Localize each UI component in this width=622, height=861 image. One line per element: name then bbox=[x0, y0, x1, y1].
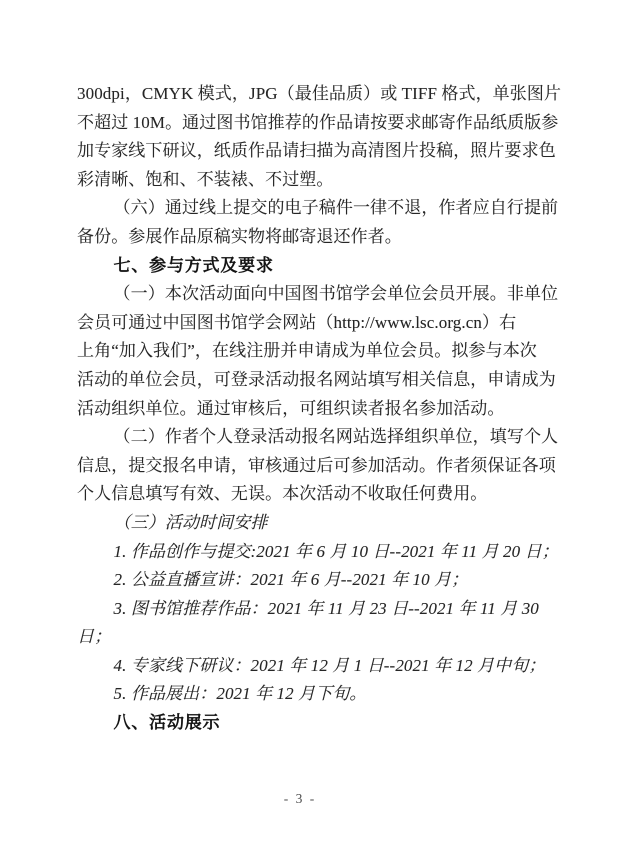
text-line: 活动的单位会员，可登录活动报名网站填写相关信息，申请成为 bbox=[77, 366, 549, 395]
text-line: 不超过 10M。通过图书馆推荐的作品请按要求邮寄作品纸质版参 bbox=[77, 109, 549, 138]
text-line: 备份。参展作品原稿实物将邮寄退还作者。 bbox=[77, 223, 549, 252]
paragraph-start-line: （二）作者个人登录活动报名网站选择组织单位，填写个人 bbox=[77, 423, 549, 452]
schedule-item-line: 5. 作品展出：2021 年 12 月下旬。 bbox=[77, 680, 549, 709]
text-line: 活动组织单位。通过审核后，可组织读者报名参加活动。 bbox=[77, 395, 549, 424]
page-number: - 3 - bbox=[0, 791, 600, 807]
schedule-item-line: 3. 图书馆推荐作品：2021 年 11 月 23 日--2021 年 11 月… bbox=[77, 595, 549, 624]
schedule-item-line: 2. 公益直播宣讲：2021 年 6 月--2021 年 10 月； bbox=[77, 566, 549, 595]
schedule-item-line: 4. 专家线下研议：2021 年 12 月 1 日--2021 年 12 月中旬… bbox=[77, 652, 549, 681]
document-body: 300dpi，CMYK 模式，JPG（最佳品质）或 TIFF 格式，单张图片 不… bbox=[77, 80, 549, 738]
section-heading-8: 八、活动展示 bbox=[77, 709, 549, 738]
document-page: 300dpi，CMYK 模式，JPG（最佳品质）或 TIFF 格式，单张图片 不… bbox=[0, 0, 622, 861]
paragraph-start-line: （一）本次活动面向中国图书馆学会单位会员开展。非单位 bbox=[77, 280, 549, 309]
subsection-heading-line: （三）活动时间安排 bbox=[77, 509, 549, 538]
text-line: 300dpi，CMYK 模式，JPG（最佳品质）或 TIFF 格式，单张图片 bbox=[77, 80, 549, 109]
paragraph-start-line: （六）通过线上提交的电子稿件一律不退，作者应自行提前 bbox=[77, 194, 549, 223]
section-heading-7: 七、参与方式及要求 bbox=[77, 252, 549, 281]
schedule-item-line: 日； bbox=[77, 623, 549, 652]
text-line: 加专家线下研议，纸质作品请扫描为高清图片投稿，照片要求色 bbox=[77, 137, 549, 166]
text-line: 上角“加入我们”，在线注册并申请成为单位会员。拟参与本次 bbox=[77, 337, 549, 366]
text-line: 彩清晰、饱和、不装裱、不过塑。 bbox=[77, 166, 549, 195]
text-line: 个人信息填写有效、无误。本次活动不收取任何费用。 bbox=[77, 480, 549, 509]
text-line: 会员可通过中国图书馆学会网站（http://www.lsc.org.cn）右 bbox=[77, 309, 549, 338]
text-line: 信息，提交报名申请，审核通过后可参加活动。作者须保证各项 bbox=[77, 452, 549, 481]
schedule-item-line: 1. 作品创作与提交:2021 年 6 月 10 日--2021 年 11 月 … bbox=[77, 538, 549, 567]
